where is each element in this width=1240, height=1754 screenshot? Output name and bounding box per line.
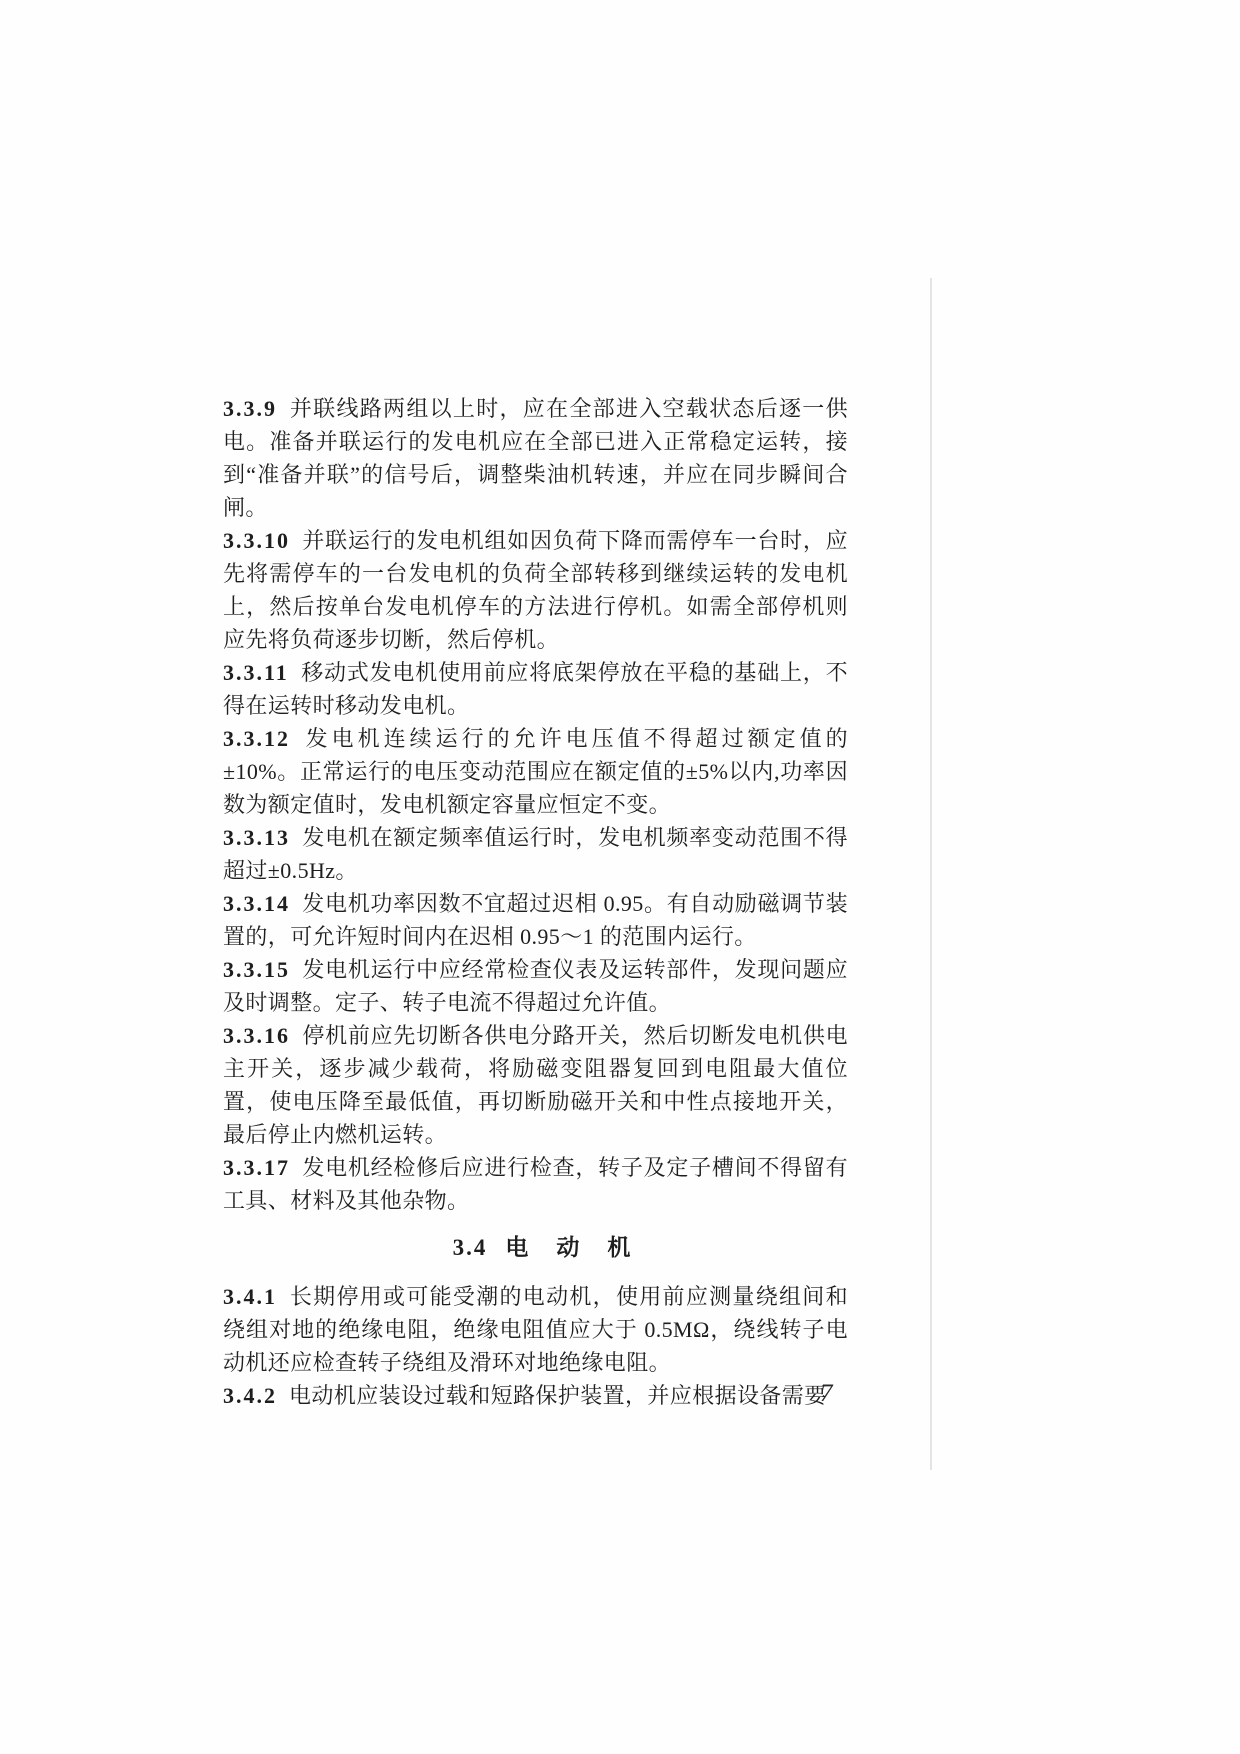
clause-3-3-16: 3.3.16停机前应先切断各供电分路开关，然后切断发电机供电主开关，逐步减少载荷… bbox=[223, 1019, 848, 1151]
clause-number: 3.3.15 bbox=[223, 957, 290, 982]
clause-text: 并联运行的发电机组如因负荷下降而需停车一台时，应先将需停车的一台发电机的负荷全部… bbox=[223, 528, 848, 652]
scan-edge-line bbox=[930, 278, 932, 1470]
clause-number: 3.3.11 bbox=[223, 660, 289, 685]
clause-3-4-1: 3.4.1长期停用或可能受潮的电动机，使用前应测量绕组间和绕组对地的绝缘电阻，绝… bbox=[223, 1280, 848, 1379]
clause-text: 发电机功率因数不宜超过迟相 0.95。有自动励磁调节装置的，可允许短时间内在迟相… bbox=[223, 891, 848, 949]
clause-text: 发电机经检修后应进行检查，转子及定子槽间不得留有工具、材料及其他杂物。 bbox=[223, 1155, 848, 1213]
clause-3-3-17: 3.3.17发电机经检修后应进行检查，转子及定子槽间不得留有工具、材料及其他杂物… bbox=[223, 1151, 848, 1217]
clause-3-3-11: 3.3.11移动式发电机使用前应将底架停放在平稳的基础上，不得在运转时移动发电机… bbox=[223, 656, 848, 722]
clause-3-3-13: 3.3.13发电机在额定频率值运行时，发电机频率变动范围不得超过±0.5Hz。 bbox=[223, 821, 848, 887]
clause-3-3-10: 3.3.10并联运行的发电机组如因负荷下降而需停车一台时，应先将需停车的一台发电… bbox=[223, 524, 848, 656]
clause-number: 3.3.16 bbox=[223, 1023, 290, 1048]
page-number: 7 bbox=[820, 1380, 833, 1408]
section-number: 3.4 bbox=[453, 1235, 488, 1260]
clause-text: 长期停用或可能受潮的电动机，使用前应测量绕组间和绕组对地的绝缘电阻，绝缘电阻值应… bbox=[223, 1284, 848, 1375]
clause-text: 电动机应装设过载和短路保护装置，并应根据设备需要 bbox=[289, 1383, 827, 1408]
clauses-block: 3.3.9并联线路两组以上时，应在全部进入空载状态后逐一供电。准备并联运行的发电… bbox=[223, 392, 848, 1412]
clause-number: 3.3.10 bbox=[223, 528, 290, 553]
document-page: 3.3.9并联线路两组以上时，应在全部进入空载状态后逐一供电。准备并联运行的发电… bbox=[0, 0, 1240, 1754]
clause-text: 发电机在额定频率值运行时，发电机频率变动范围不得超过±0.5Hz。 bbox=[223, 825, 848, 883]
clause-number: 3.3.13 bbox=[223, 825, 290, 850]
clause-number: 3.4.2 bbox=[223, 1383, 277, 1408]
clause-3-3-14: 3.3.14发电机功率因数不宜超过迟相 0.95。有自动励磁调节装置的，可允许短… bbox=[223, 887, 848, 953]
clause-3-3-9: 3.3.9并联线路两组以上时，应在全部进入空载状态后逐一供电。准备并联运行的发电… bbox=[223, 392, 848, 524]
clause-text: 发电机运行中应经常检查仪表及运转部件，发现问题应及时调整。定子、转子电流不得超过… bbox=[223, 957, 848, 1015]
clause-text: 停机前应先切断各供电分路开关，然后切断发电机供电主开关，逐步减少载荷，将励磁变阻… bbox=[223, 1023, 848, 1147]
clause-number: 3.3.17 bbox=[223, 1155, 290, 1180]
clause-text: 并联线路两组以上时，应在全部进入空载状态后逐一供电。准备并联运行的发电机应在全部… bbox=[223, 396, 848, 520]
clause-number: 3.3.9 bbox=[223, 396, 277, 421]
clause-3-3-15: 3.3.15发电机运行中应经常检查仪表及运转部件，发现问题应及时调整。定子、转子… bbox=[223, 953, 848, 1019]
clause-number: 3.3.12 bbox=[223, 726, 290, 751]
clause-3-3-12: 3.3.12发电机连续运行的允许电压值不得超过额定值的±10%。正常运行的电压变… bbox=[223, 722, 848, 821]
clause-number: 3.3.14 bbox=[223, 891, 290, 916]
section-title: 电动机 bbox=[505, 1235, 658, 1260]
clause-3-4-2: 3.4.2电动机应装设过载和短路保护装置，并应根据设备需要 bbox=[223, 1379, 848, 1412]
clause-text: 移动式发电机使用前应将底架停放在平稳的基础上，不得在运转时移动发电机。 bbox=[223, 660, 848, 718]
section-heading: 3.4电动机 bbox=[243, 1231, 868, 1264]
clause-number: 3.4.1 bbox=[223, 1284, 277, 1309]
clause-text: 发电机连续运行的允许电压值不得超过额定值的±10%。正常运行的电压变动范围应在额… bbox=[223, 726, 848, 817]
